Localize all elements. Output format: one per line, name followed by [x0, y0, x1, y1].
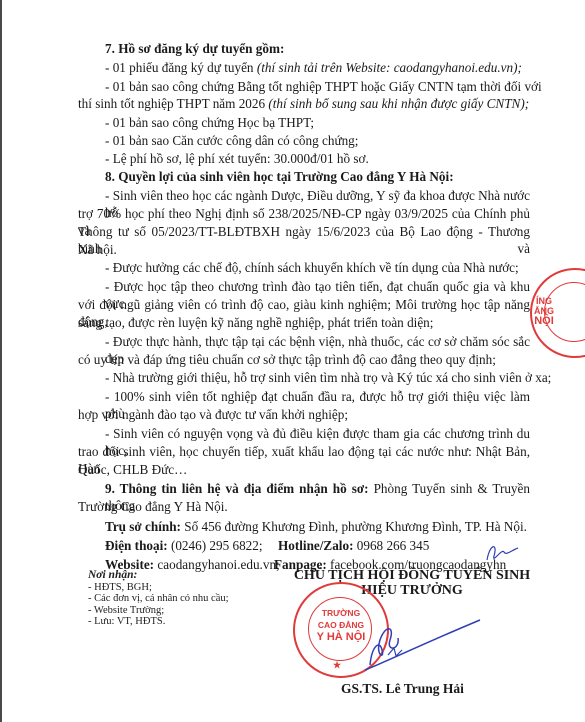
list-item-cont: có uy tín và đáp ứng tiêu chuẩn cơ sở th…: [78, 351, 496, 368]
list-item: - 01 bản sao công chứng Học bạ THPT;: [105, 114, 314, 131]
list-item-cont: Thông tư số 05/2023/TT-BLĐTBXH ngày 15/6…: [78, 223, 530, 257]
list-item-cont: Quốc, CHLB Đức…: [78, 461, 187, 478]
viewer-left-edge: [0, 0, 2, 722]
list-item: - Lệ phí hồ sơ, lệ phí xét tuyển: 30.000…: [105, 150, 369, 167]
signature-scribble: [360, 610, 490, 680]
hotline: Hotline/Zalo: 0968 266 345: [278, 537, 429, 554]
recipient-item: - HĐTS, BGH;: [88, 582, 229, 594]
list-item: - 01 bản sao công chứng Bằng tốt nghiệp …: [105, 78, 542, 95]
recipient-item: - Các đơn vị, cá nhân có nhu cầu;: [88, 593, 229, 605]
recipients-title: Nơi nhận:: [88, 570, 229, 582]
recipient-item: - Lưu: VT, HĐTS.: [88, 616, 229, 628]
recipient-item: - Website Trường;: [88, 605, 229, 617]
star-icon: ★: [333, 660, 341, 671]
list-item-cont: hợp với ngành đào tạo và được tư vấn khở…: [78, 406, 348, 423]
list-item-cont: thí sinh tốt nghiệp THPT năm 2026 (thí s…: [78, 95, 529, 112]
fanpage-scribble: [482, 538, 522, 568]
section-7-heading: 7. Hồ sơ đăng ký dự tuyển gồm:: [105, 40, 284, 57]
list-item: - Được hưởng các chế độ, chính sách khuy…: [105, 259, 519, 276]
list-item: - 01 bản sao Căn cước công dân có công c…: [105, 132, 358, 149]
list-item: - Nhà trường giới thiệu, hỗ trợ sinh viê…: [105, 369, 551, 386]
list-item: - 01 phiếu đăng ký dự tuyển (thí sinh tả…: [105, 59, 522, 76]
phone: Điện thoại: (0246) 295 6822;: [105, 537, 263, 554]
section-9-heading-cont: Trường Cao đẳng Y Hà Nội.: [78, 498, 228, 515]
list-item-cont: sáng tạo, được rèn luyện kỹ năng nghề ng…: [78, 314, 433, 331]
signer-name: GS.TS. Lê Trung Hải: [341, 681, 464, 697]
partial-stamp-right: ÍNGẲNGNỘI: [530, 268, 585, 358]
recipients-block: Nơi nhận: - HĐTS, BGH; - Các đơn vị, cá …: [88, 570, 229, 628]
section-8-heading: 8. Quyền lợi của sinh viên học tại Trườn…: [105, 168, 454, 185]
signature-title-line1: CHỦ TỊCH HỘI ĐỒNG TUYỂN SINH: [292, 568, 532, 583]
list-item-cont: Xã hội.: [78, 241, 117, 258]
address: Trụ sở chính: Số 456 đường Khương Đình, …: [105, 518, 527, 535]
